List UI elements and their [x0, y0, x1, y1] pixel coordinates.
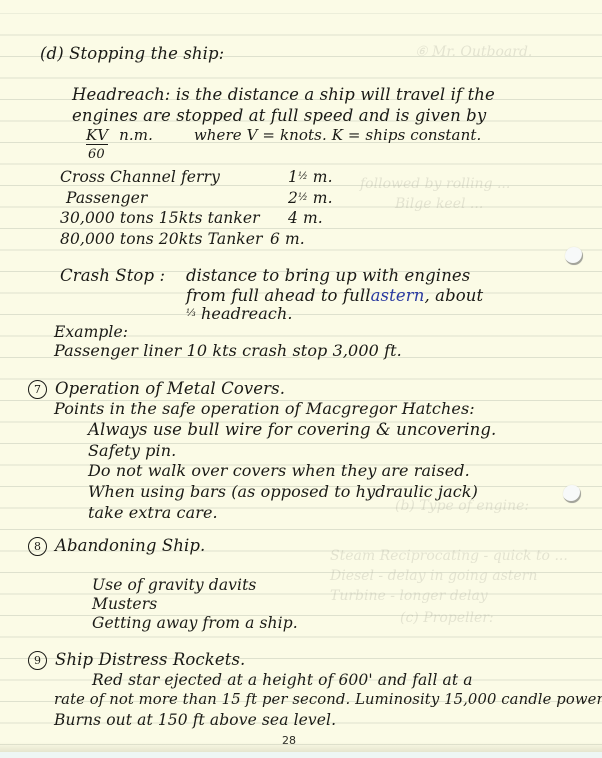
- section-title: Abandoning Ship.: [55, 536, 205, 555]
- punch-hole: [563, 485, 581, 503]
- bleed-through-line: followed by rolling ...: [360, 176, 510, 192]
- vessel-type: Passenger: [66, 189, 147, 207]
- crash-stop-text-part: headreach.: [201, 304, 293, 323]
- crash-stop-text: ⅓ headreach.: [186, 306, 293, 322]
- crash-stop-text-part: from full ahead to full: [186, 286, 371, 305]
- section-title: Ship Distress Rockets.: [55, 650, 245, 669]
- metal-covers-intro: Points in the safe operation of Macgrego…: [54, 401, 475, 417]
- formula-where: where V = knots. K = ships constant.: [194, 126, 482, 144]
- value-whole: 6: [270, 230, 280, 248]
- value-whole: 2: [288, 189, 298, 207]
- formula-numerator: KV: [86, 126, 108, 145]
- headreach-example-row: 30,000 tons 15kts tanker: [60, 211, 260, 227]
- section-heading-stopping: (d) Stopping the ship:: [40, 46, 224, 63]
- formula-unit: n.m.: [119, 126, 153, 144]
- bleed-through-line: ⑥ Mr. Outboard.: [415, 44, 532, 60]
- section-title: Operation of Metal Covers.: [55, 379, 285, 398]
- abandoning-item: Use of gravity davits: [92, 578, 256, 594]
- bleed-through-line: Diesel - delay in going astern: [330, 568, 537, 584]
- value-whole: 4: [288, 209, 298, 227]
- safety-point: When using bars (as opposed to hydraulic…: [88, 484, 478, 500]
- example-text: Passenger liner 10 kts crash stop 3,000 …: [54, 343, 402, 359]
- value-unit: m.: [303, 209, 323, 227]
- rockets-text-line: Burns out at 150 ft above sea level.: [54, 713, 336, 729]
- crash-stop-label: Crash Stop :: [60, 268, 165, 285]
- headreach-definition-line: engines are stopped at full speed and is…: [72, 108, 486, 125]
- vessel-type: Cross Channel ferry: [60, 168, 220, 186]
- blue-ink-correction: astern: [371, 286, 425, 305]
- bleed-through-line: Bilge keel ...: [395, 196, 483, 212]
- abandoning-item: Getting away from a ship.: [92, 616, 298, 632]
- vessel-type: 80,000 tons 20kts Tanker: [60, 230, 263, 248]
- crash-stop-text: distance to bring up with engines: [186, 268, 470, 285]
- page-number: 28: [282, 734, 296, 747]
- headreach-example-row: Cross Channel ferry: [60, 170, 220, 186]
- value-unit: m.: [313, 189, 333, 207]
- rockets-text-line: Red star ejected at a height of 600' and…: [92, 673, 473, 689]
- safety-point: Always use bull wire for covering & unco…: [88, 422, 496, 439]
- fraction: ⅓: [186, 309, 196, 319]
- vessel-type: 30,000 tons 15kts tanker: [60, 209, 260, 227]
- punch-hole: [565, 247, 583, 265]
- notebook-page: ⑥ Mr. Outboard. followed by rolling ... …: [0, 0, 602, 752]
- value-fraction: ½: [298, 172, 308, 182]
- headreach-example-row: Passenger: [66, 191, 147, 207]
- headreach-formula: KV n.m. where V = knots. K = ships const…: [86, 128, 481, 143]
- abandoning-item: Musters: [92, 597, 157, 613]
- bleed-through-line: Turbine - longer delay: [330, 588, 488, 604]
- value-whole: 1: [288, 168, 298, 186]
- formula-denominator: 60: [88, 148, 105, 161]
- section-heading-abandoning: 8Abandoning Ship.: [28, 537, 205, 556]
- section-heading-metal-covers: 7Operation of Metal Covers.: [28, 380, 285, 399]
- bleed-through-line: (c) Propeller:: [400, 610, 494, 626]
- safety-point: Safety pin.: [88, 443, 176, 459]
- section-number-badge: 8: [28, 537, 47, 556]
- crash-stop-text: from full ahead to fullastern, about: [186, 288, 483, 305]
- headreach-example-value: 2½ m.: [288, 191, 333, 207]
- section-number-badge: 7: [28, 380, 47, 399]
- value-fraction: ½: [298, 193, 308, 203]
- section-heading-rockets: 9Ship Distress Rockets.: [28, 651, 245, 670]
- value-unit: m.: [285, 230, 305, 248]
- headreach-example-value: 4 m.: [288, 211, 323, 227]
- safety-point: Do not walk over covers when they are ra…: [88, 463, 470, 479]
- bleed-through-line: Steam Reciprocating - quick to ...: [330, 548, 568, 564]
- headreach-example-row: 80,000 tons 20kts Tanker: [60, 232, 263, 248]
- section-number-badge: 9: [28, 651, 47, 670]
- value-unit: m.: [313, 168, 333, 186]
- headreach-example-value: 6 m.: [270, 232, 305, 248]
- rockets-text-line: rate of not more than 15 ft per second. …: [54, 693, 602, 708]
- headreach-definition-line: Headreach: is the distance a ship will t…: [72, 87, 495, 104]
- example-label: Example:: [54, 325, 128, 341]
- headreach-example-value: 1½ m.: [288, 170, 333, 186]
- safety-point: take extra care.: [88, 505, 218, 521]
- crash-stop-text-part: , about: [424, 286, 483, 305]
